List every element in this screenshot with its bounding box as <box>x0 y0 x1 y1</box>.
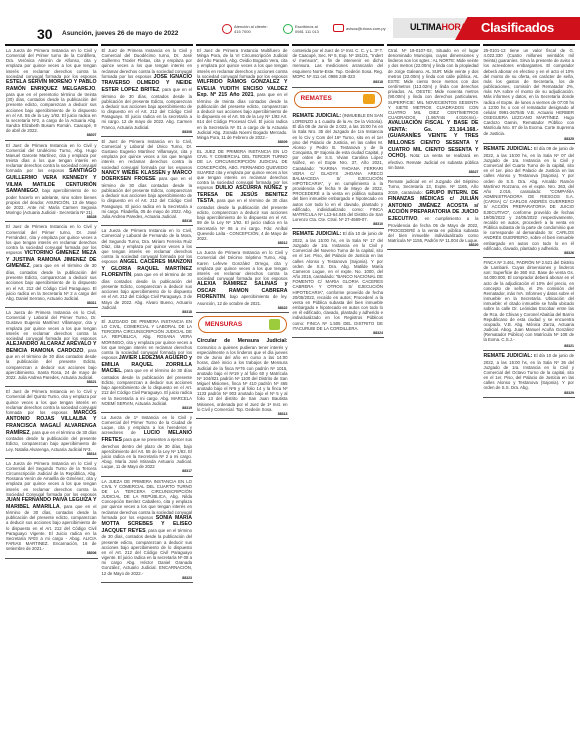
ad-code: 88324 <box>293 331 384 336</box>
ad-code: 88311 <box>6 301 97 306</box>
column-4: contenida por el Juez de 1º Inst. C. C. … <box>292 44 385 756</box>
ad-text: La Jueza de Primera Instancia en lo Civi… <box>6 310 97 341</box>
section-title: Clasificados <box>481 20 554 35</box>
classified-ad: La Jueza de Primera Instancia en lo Civi… <box>5 459 98 559</box>
ad-text: La Jueza de Primera Instancia en lo Civi… <box>6 461 97 497</box>
publication-date: Asunción, jueves 26 de mayo de 2022 <box>62 30 178 37</box>
classifieds-columns: La Jueza de Primera Instancia en lo Civi… <box>5 44 575 756</box>
ad-text: El Juez de Primera Instancia en lo Civil… <box>102 139 193 170</box>
classified-ad: FINCA Nº 3.461, PADRÓN Nº 2.521 del Dist… <box>483 258 576 351</box>
ad-code: 88321 <box>6 380 97 385</box>
ad-code: 88320 <box>388 243 479 248</box>
ad-text: El día 09 de junio de 2022, a las 15:00 … <box>484 146 575 250</box>
column-6: 25-0101-13 tiene un valor fiscal de G. 4… <box>483 44 576 756</box>
ad-text: , para que en el término de 30 días, con… <box>102 87 193 130</box>
classified-ad: REMATE JUDICIAL: El día 09 de junio de 2… <box>483 144 576 258</box>
ad-code: 88316 <box>102 219 193 224</box>
section-label: MENSURAS <box>205 322 242 327</box>
ad-highlight: REMATE JUDICIAL: <box>484 146 533 152</box>
ad-text: (INMUEBLE EN SAN LORENZO a 1 cuadra de l… <box>293 113 384 223</box>
whatsapp-contact: Escribinos al0981 111 013 <box>283 24 319 34</box>
ad-code: 88308 <box>102 130 193 135</box>
ad-code: 88312 <box>197 241 288 246</box>
page-header: 30 Asunción, jueves 26 de mayo de 2022 A… <box>0 0 580 42</box>
column-2: El Juez de Primera Instancia en lo Civil… <box>101 44 194 756</box>
classified-ad: La Jueza de Primera Instancia en lo Civi… <box>5 308 98 387</box>
classified-ad: REMATE JUDICIAL: (INMUEBLE EN SAN LORENZ… <box>292 111 385 230</box>
ad-highlight: REMATE JUDICIAL: <box>293 113 342 119</box>
ad-code: 88329 <box>484 391 575 396</box>
ad-text: , para que en el término de 30 días, con… <box>6 504 97 552</box>
ad-text: para que en el término de 30 días contad… <box>102 176 193 219</box>
ad-code: 88328 <box>6 215 97 220</box>
ad-text: La Jueza de Primera Instancia en lo Civi… <box>197 250 288 281</box>
ad-text: El JUZGADO DE PRIMERA INSTANCIA EN LO CI… <box>102 319 193 360</box>
ad-text: El Juez de Primera Instancia Multifuero … <box>197 48 288 79</box>
ad-text: La Jueza de Primera Instancia en lo Civi… <box>6 48 97 79</box>
ad-highlight: REMATE JUDICIAL: <box>484 353 533 359</box>
ruler-icon <box>269 319 280 330</box>
ad-code: 88306 <box>6 551 97 556</box>
section-header-mensuras: MENSURAS <box>198 316 287 333</box>
ad-text: 25-0101-13 tiene un valor fiscal de G. 4… <box>484 48 575 136</box>
classified-ad: Ctral. Nº 19-0107-02, Situado en el luga… <box>387 46 480 177</box>
ad-code: 88318 <box>102 310 193 315</box>
classified-ad: La Jueza de Primera Instancia en lo Civi… <box>101 226 194 317</box>
classified-ad: Remate judicial en el Juzgado del Séptim… <box>387 177 480 250</box>
classified-ad: La Jueza de Primera Instancia en lo Civi… <box>196 248 289 313</box>
ad-text: , para que en el término de 30 días cont… <box>197 198 288 241</box>
ad-code: 88313 <box>197 412 288 417</box>
page-number: 30 <box>37 26 53 42</box>
classified-ad: El Juez de Primera Instancia en lo Civil… <box>101 46 194 137</box>
ad-code: 88307 <box>6 133 97 138</box>
ad-code: 88319 <box>102 406 193 411</box>
ad-code: 88317 <box>102 469 193 474</box>
classified-ad: 25-0101-13 tiene un valor fiscal de G. 4… <box>483 46 576 144</box>
ad-text: Ctral. Nº 19-0107-02, Situado en el luga… <box>388 48 479 120</box>
ad-text: Comunico a quienes pudieran tener interé… <box>197 345 288 412</box>
classified-ad: El Juez de Primera Instancia en lo Civil… <box>5 141 98 223</box>
ad-text: , para que en el perentorio término de t… <box>6 86 97 134</box>
classified-ad: La Jueza de 1º Instancia en lo Civil y C… <box>101 413 194 477</box>
ad-code: 88310 <box>293 222 384 227</box>
ad-text: contenida por el Juez de 1º Inst. C. C. … <box>293 48 384 79</box>
section-banner: Clasificados <box>455 17 580 40</box>
classified-ad: LA JUEZA DE PRIMERA INSTANCIA EN LO CIVI… <box>101 477 194 583</box>
classified-ad: REMATE JUDICIAL: El día 10 de junio de 2… <box>292 229 385 338</box>
ad-highlight: Circular de Mensura Judicial: <box>197 338 288 344</box>
ad-code: 88318 <box>293 80 384 85</box>
classified-ad: El JUZGADO DE PRIMERA INSTANCIA EN LO CI… <box>101 317 194 413</box>
customer-service-contact: Atención al cliente:415 7000 <box>222 24 268 34</box>
classified-ad: El Juez de Primera Instancia en lo Civil… <box>5 387 98 459</box>
column-3: El Juez de Primera Instancia Multifuero … <box>196 44 289 756</box>
classified-ad: El Juez de Primera Instancia Multifuero … <box>196 46 289 147</box>
ad-code: 88325 <box>484 137 575 142</box>
section-label: REMATES <box>301 96 332 101</box>
column-5: Ctral. Nº 19-0107-02, Situado en el luga… <box>387 44 480 756</box>
ad-code: 88321 <box>484 344 575 349</box>
ad-code: 88323 <box>102 576 193 581</box>
ad-text: , para que en el término de 30 días, con… <box>102 528 193 576</box>
email-icon <box>333 24 344 32</box>
brand-logo: ULTIMAHORA <box>410 22 467 32</box>
classified-ad: EL JUEZ DE PRIMERA INSTANCIA EN LO CIVIL… <box>196 147 289 248</box>
ad-highlight: ESTELA SERVÍN MORENO Y PABLO RAMÓN ENRIQ… <box>6 79 97 92</box>
phone-icon <box>222 24 232 34</box>
ad-text: El día 10 de junio de 2022, a las 15:00 … <box>293 231 384 330</box>
section-header-remates: REMATES <box>294 91 383 108</box>
ad-code: 88322 <box>197 306 288 311</box>
ad-text: FINCA Nº 3.461, PADRÓN Nº 2.521 del Dist… <box>484 260 575 342</box>
ad-text: LA JUEZA DE PRIMERA INSTANCIA EN LO CIVI… <box>102 479 193 520</box>
ad-code: 88314 <box>6 452 97 457</box>
classified-ad: REMATE JUDICIAL: El día 10 de junio de 2… <box>483 351 576 398</box>
gavel-icon <box>363 94 375 104</box>
ad-highlight: REMATE JUDICIAL: <box>293 231 342 237</box>
classified-ad: El Juez de Primera Instancia en lo Civil… <box>5 222 98 308</box>
ad-code: 88309 <box>197 140 288 145</box>
ad-code: 88326 <box>484 251 575 256</box>
ad-text: , para que en el término de treinta días… <box>197 92 288 140</box>
classified-ad: El Juez de Primera Instancia en lo Civil… <box>101 137 194 226</box>
whatsapp-icon <box>283 24 293 34</box>
column-1: La Jueza de Primera Instancia en lo Civi… <box>5 44 98 756</box>
ad-code: 88327 <box>388 170 479 175</box>
classified-ad: La Jueza de Primera Instancia en lo Civi… <box>5 46 98 141</box>
classified-ad: Circular de Mensura Judicial: Comunico a… <box>196 336 289 419</box>
classified-ad: contenida por el Juez de 1º Inst. C. C. … <box>292 46 385 88</box>
email-contact: avisos@uhora.com.py <box>333 24 386 32</box>
